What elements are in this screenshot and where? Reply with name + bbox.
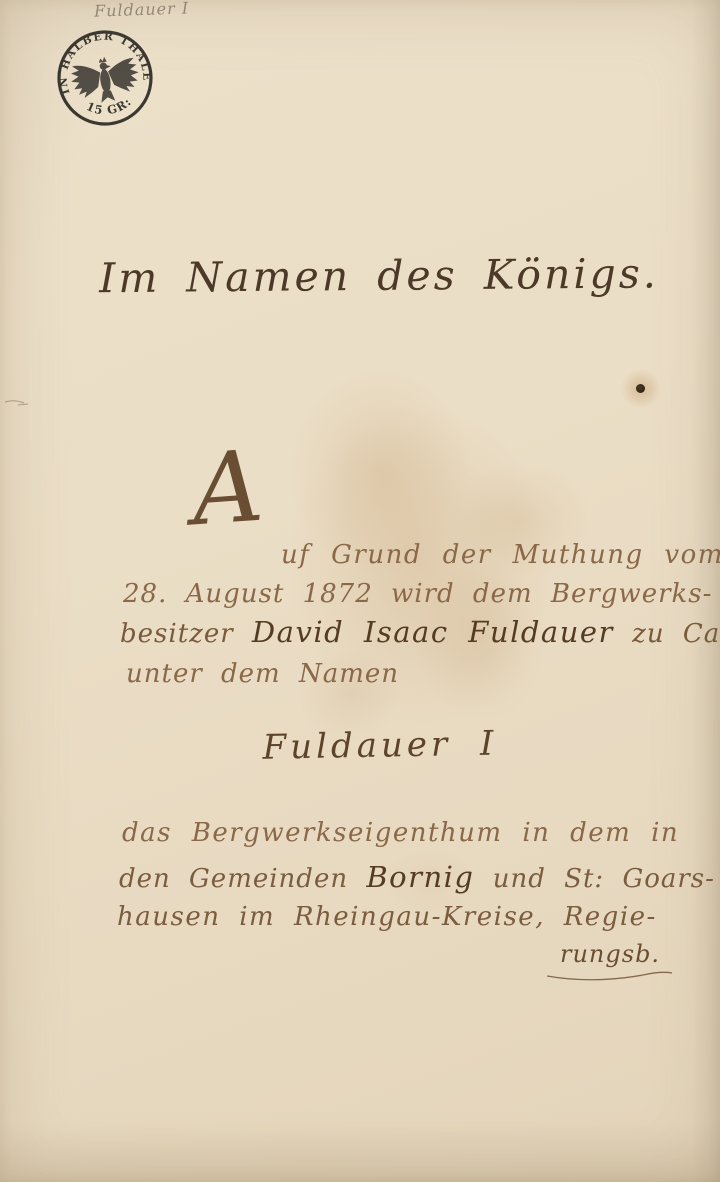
stamp-seal-icon: EIN HALBER THALER 15 GR: — [49, 22, 162, 135]
catchword-flourish — [543, 969, 675, 983]
eagle-icon — [68, 52, 142, 106]
paragraph2-line1: das Bergwerkseigenthum in dem in — [122, 818, 679, 848]
paragraph1-line3: besitzer David Isaac Fuldauer zu Caub — [120, 615, 720, 649]
svg-text:EIN HALBER THALER: EIN HALBER THALER — [49, 22, 154, 98]
paragraph2-line2: den Gemeinden Bornig und St: Goars- — [119, 860, 715, 894]
pencil-stray-mark — [4, 398, 38, 408]
paragraph2-line2-post: und St: Goars- — [475, 864, 715, 894]
ink-spot — [636, 384, 645, 393]
paragraph1-line1: uf Grund der Muthung vom — [281, 540, 720, 570]
pencil-annotation: Fuldauer I — [94, 0, 190, 21]
owner-name: David Isaac Fuldauer — [252, 615, 614, 649]
paragraph1-line4: unter dem Namen — [126, 659, 399, 689]
paragraph1-line3-pre: besitzer — [120, 619, 252, 649]
document-title: Im Namen des Königs. — [0, 249, 720, 303]
catchword: rungsb. — [560, 940, 660, 968]
paragraph2-line3: hausen im Rheingau-Kreise, Regie- — [117, 902, 657, 932]
document-page: Fuldauer I EIN HALBER THALER 15 GR: — [0, 0, 720, 1182]
paragraph1-line3-post: zu Caub — [614, 619, 720, 649]
revenue-stamp: EIN HALBER THALER 15 GR: — [49, 22, 162, 135]
place-name: Bornig — [366, 860, 474, 894]
drop-cap-initial: A — [189, 438, 266, 541]
stamp-top-text: EIN HALBER THALER — [49, 22, 154, 98]
paragraph1-line2: 28. August 1872 wird dem Bergwerks- — [123, 579, 712, 609]
paragraph2-line2-pre: den Gemeinden — [119, 864, 366, 894]
mine-name-heading: Fuldauer I — [0, 720, 720, 773]
